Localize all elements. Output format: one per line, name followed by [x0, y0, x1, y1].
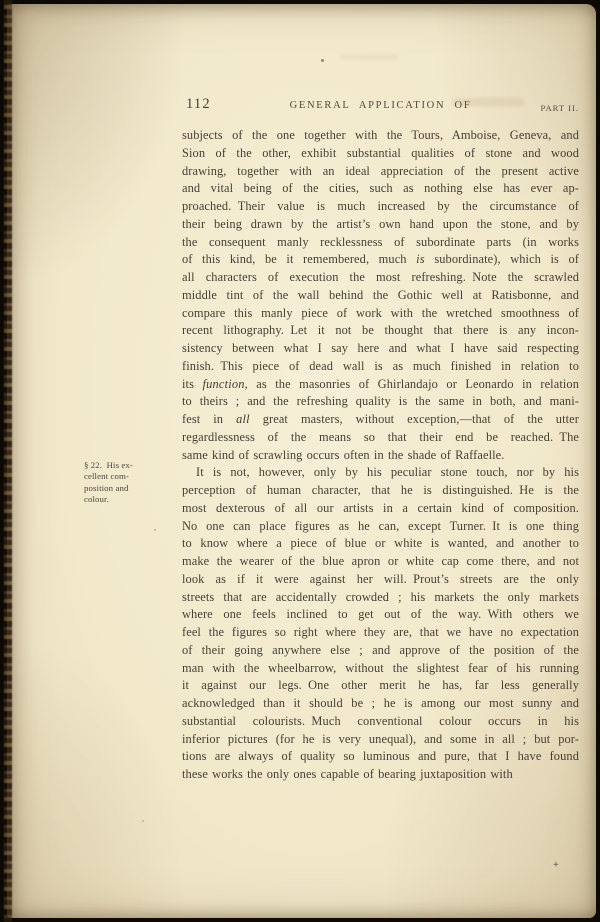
paper-smudge: [340, 54, 398, 60]
text-line: colour.: [84, 494, 146, 505]
text-line: these works the only ones capable of bea…: [182, 766, 579, 784]
text-line: middle tint of the wall behind the Gothi…: [182, 287, 579, 305]
scanned-book-page: 112 GENERAL APPLICATION OF PART II. § 22…: [0, 0, 600, 922]
text-line: tions are always of quality so luminous …: [182, 748, 579, 766]
text-line: It is not, however, only by his peculiar…: [182, 464, 579, 482]
text-line: Sion of the other, exhibit substantial q…: [182, 145, 579, 163]
text-line: No one can place figures as he can, exce…: [182, 518, 579, 536]
paragraph-1: subjects of the one together with the To…: [182, 127, 579, 464]
text-line: its function, as the masonries of Ghirla…: [182, 376, 579, 394]
text-line: § 22. His ex-: [84, 460, 146, 471]
paragraph-2: It is not, however, only by his peculiar…: [182, 464, 579, 784]
text-line: regardlessness of the means so that thei…: [182, 429, 579, 447]
text-line: acknowledged than it should be ; he is a…: [182, 695, 579, 713]
text-line: feel the figures so right where they are…: [182, 624, 579, 642]
text-line: sistency between what I say here and wha…: [182, 340, 579, 358]
text-line: perception of human character, that he i…: [182, 482, 579, 500]
text-line: streets that are accidentally crowded ; …: [182, 589, 579, 607]
text-line: recent lithography. Let it not be though…: [182, 322, 579, 340]
paper-smudge: [452, 98, 524, 106]
text-line: look as if it were against her will. Pro…: [182, 571, 579, 589]
margin-note: § 22. His ex-cellent com-position andcol…: [84, 460, 146, 506]
text-line: cellent com-: [84, 471, 146, 482]
ink-speck: [154, 529, 156, 531]
text-line: finish. This piece of dead wall is as mu…: [182, 358, 579, 376]
text-line: make the wearer of the blue apron or whi…: [182, 553, 579, 571]
text-line: where one feels inclined to get out of t…: [182, 606, 579, 624]
text-line: of this kind, be it remembered, much is …: [182, 251, 579, 269]
text-line: substantial colourists. Much conventiona…: [182, 713, 579, 731]
body-text: subjects of the one together with the To…: [182, 127, 579, 784]
ink-speck: [321, 59, 324, 62]
text-line: to theirs ; and the refreshing quality i…: [182, 393, 579, 411]
text-line: the consequent manly recklessness of sub…: [182, 234, 579, 252]
text-line: inferior pictures (for he is very unequa…: [182, 731, 579, 749]
text-line: compare this manly piece of work with th…: [182, 305, 579, 323]
text-line: drawing, together with an ideal apprecia…: [182, 163, 579, 181]
text-line: subjects of the one together with the To…: [182, 127, 579, 145]
text-line: man with the wheelbarrow, without the sl…: [182, 660, 579, 678]
registration-cross-mark: +: [549, 858, 563, 872]
text-line: and vital being of the cities, such as n…: [182, 180, 579, 198]
book-gutter-edge: [4, 0, 12, 922]
text-line: their being drawn by the artist’s own ha…: [182, 216, 579, 234]
text-line: most dexterous of all our artists in a c…: [182, 500, 579, 518]
text-line: it against our legs. One other merit he …: [182, 677, 579, 695]
text-line: of their going anywhere else ; and appro…: [182, 642, 579, 660]
text-line: all characters of execution the most ref…: [182, 269, 579, 287]
text-line: to know where a piece of blue or white i…: [182, 535, 579, 553]
text-line: proached. Their value is much increased …: [182, 198, 579, 216]
text-line: same kind of scrawling occurs often in t…: [182, 447, 579, 465]
text-line: fest in all great masters, without excep…: [182, 411, 579, 429]
ink-speck: [142, 820, 144, 822]
text-line: position and: [84, 483, 146, 494]
